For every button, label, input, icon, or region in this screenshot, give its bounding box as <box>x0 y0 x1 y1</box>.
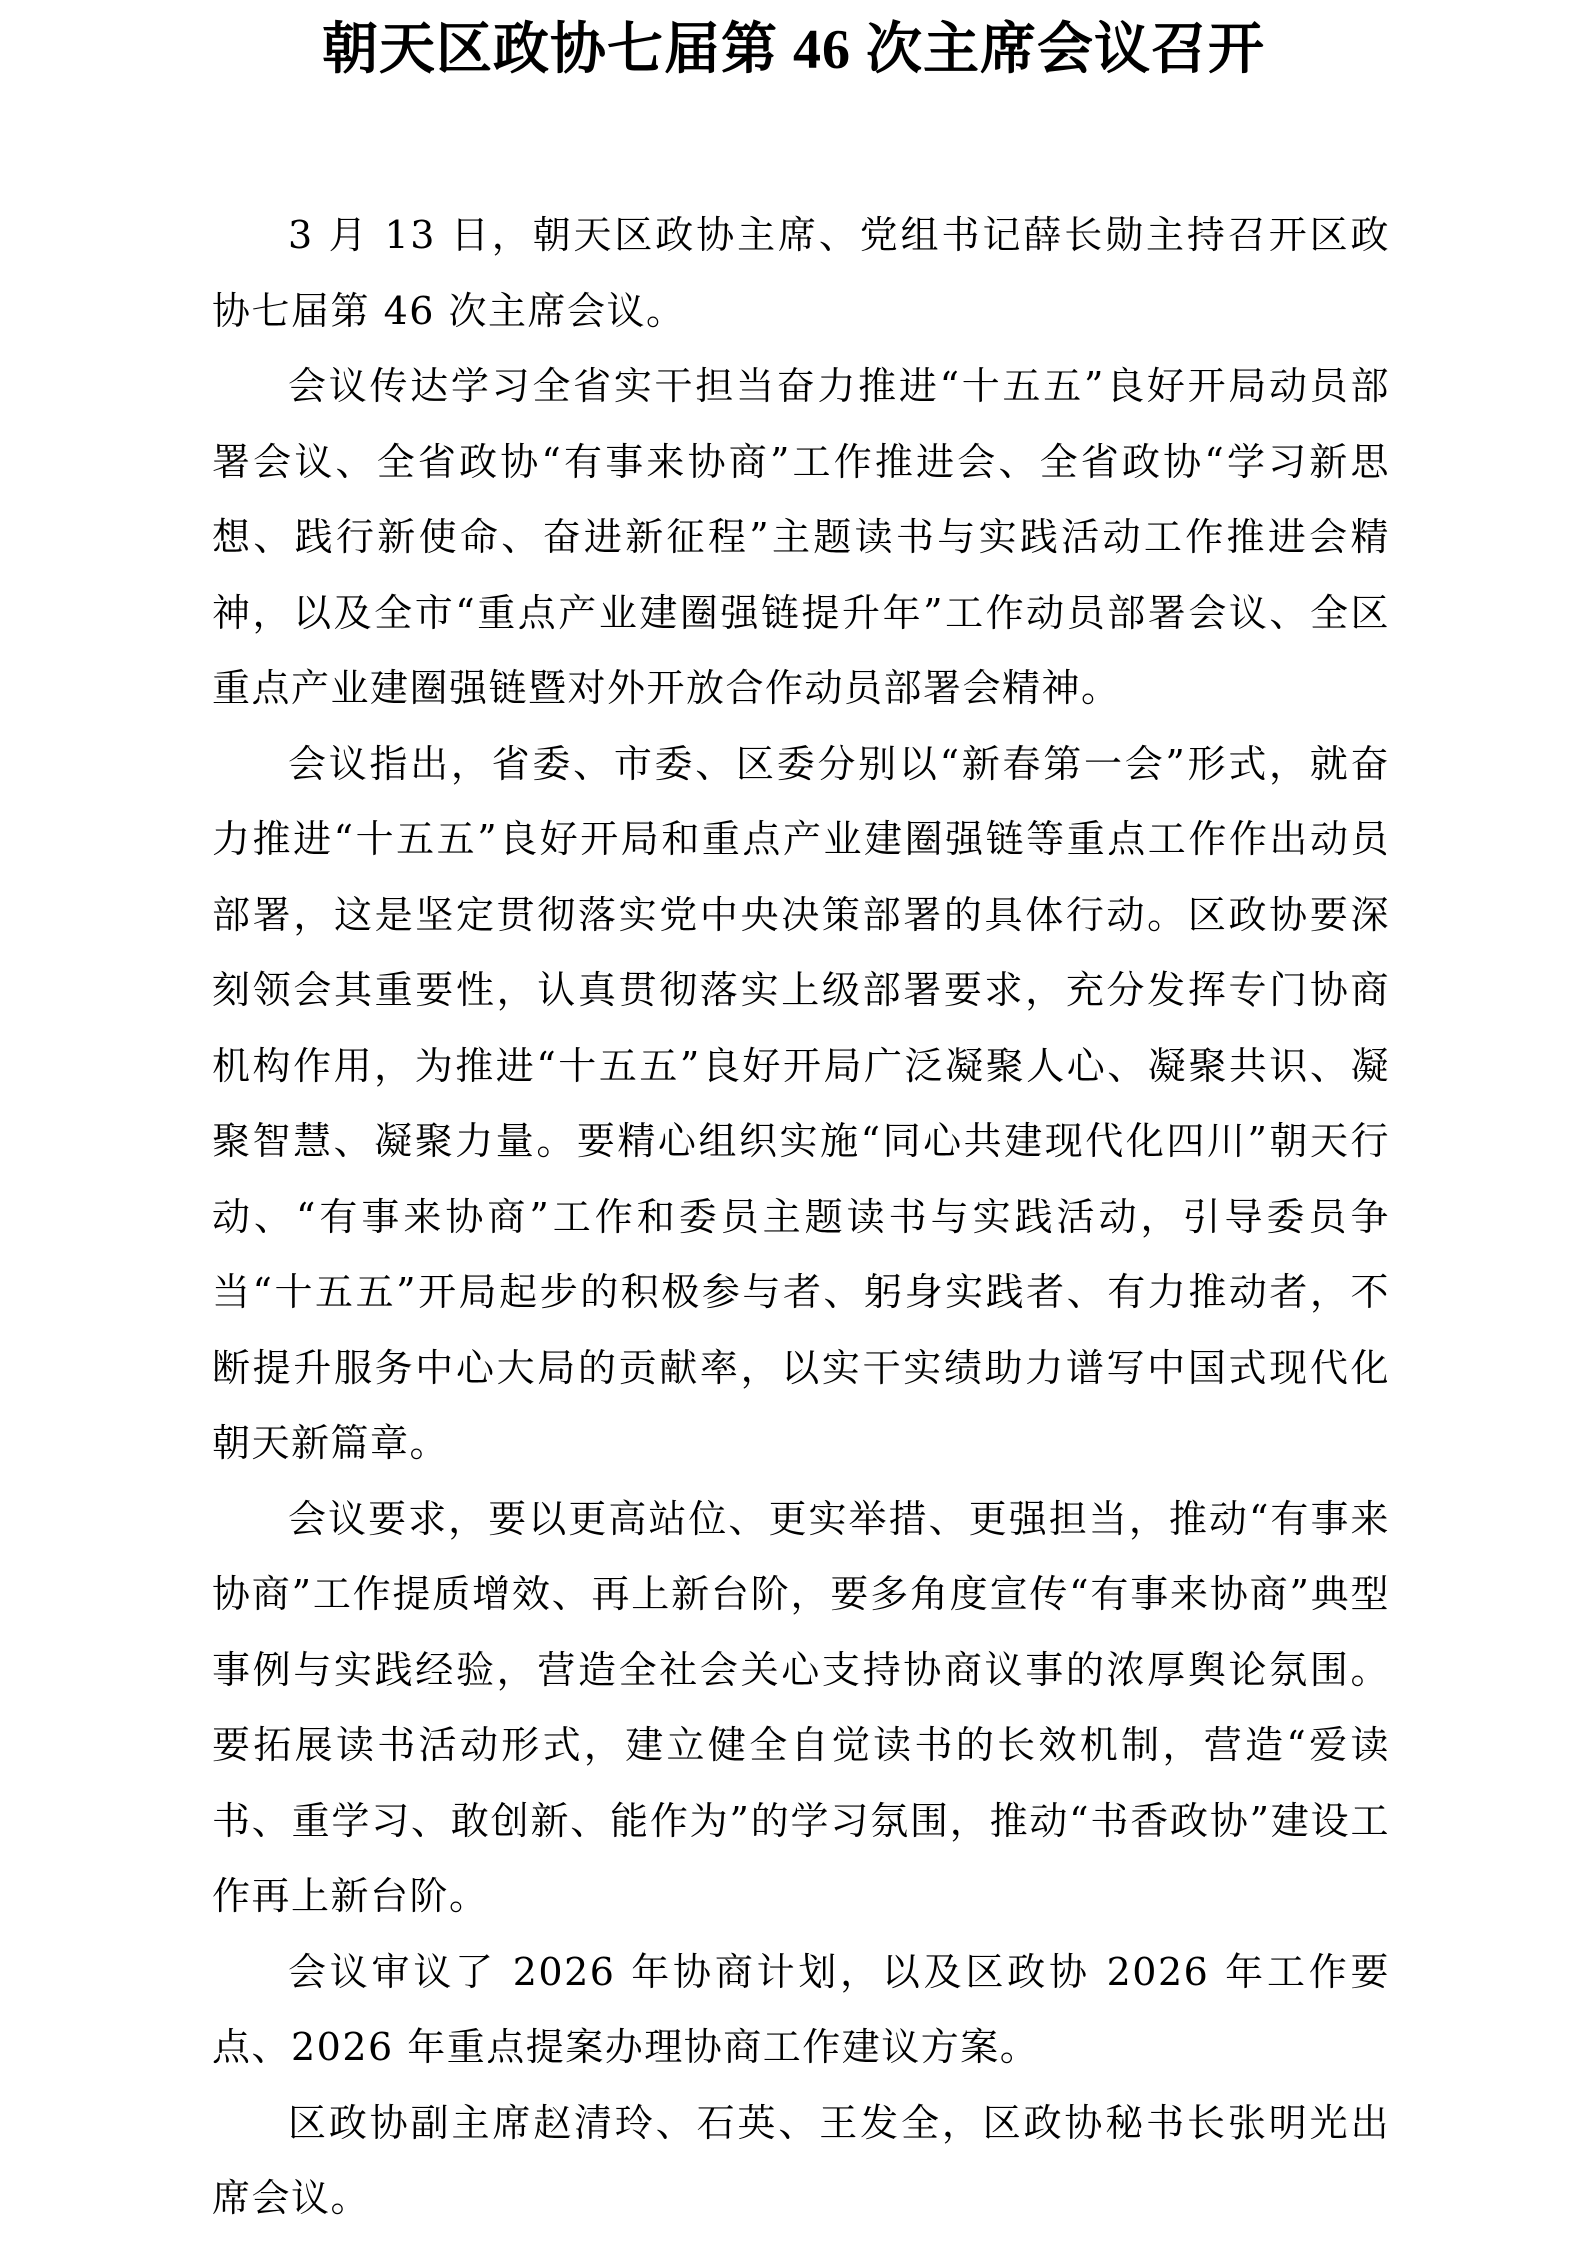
paragraph-meeting-intro: 3 月 13 日，朝天区政协主席、党组书记薛长勋主持召开区政协七届第 46 次主… <box>212 198 1390 349</box>
paragraph-meeting-requirements: 会议要求，要以更高站位、更实举措、更强担当，推动“有事来协商”工作提质增效、再上… <box>212 1482 1390 1935</box>
article-body: 3 月 13 日，朝天区政协主席、党组书记薛长勋主持召开区政协七届第 46 次主… <box>212 198 1390 2237</box>
article-title: 朝天区政协七届第 46 次主席会议召开 <box>0 14 1587 86</box>
paragraph-study-conveyed: 会议传达学习全省实干担当奋力推进“十五五”良好开局动员部署会议、全省政协“有事来… <box>212 349 1390 727</box>
paragraph-meeting-reviewed: 会议审议了 2026 年协商计划，以及区政协 2026 年工作要点、2026 年… <box>212 1935 1390 2086</box>
paragraph-meeting-pointed-out: 会议指出，省委、市委、区委分别以“新春第一会”形式，就奋力推进“十五五”良好开局… <box>212 727 1390 1482</box>
document-page: 朝天区政协七届第 46 次主席会议召开 3 月 13 日，朝天区政协主席、党组书… <box>0 0 1587 2262</box>
paragraph-attendees: 区政协副主席赵清玲、石英、王发全，区政协秘书长张明光出席会议。 <box>212 2086 1390 2237</box>
